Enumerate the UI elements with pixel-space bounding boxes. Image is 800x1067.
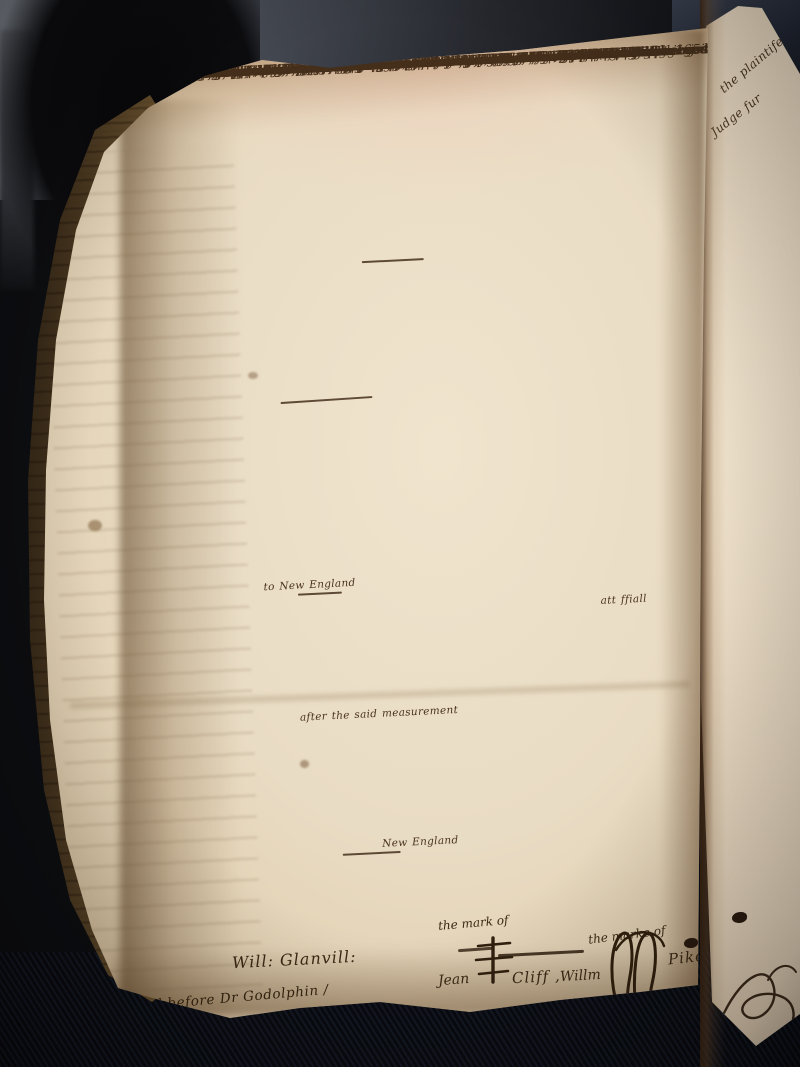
manuscript-photo: the plaintife Judge fur That the said Sh… (0, 0, 800, 1067)
photo-vignette (0, 0, 800, 1067)
